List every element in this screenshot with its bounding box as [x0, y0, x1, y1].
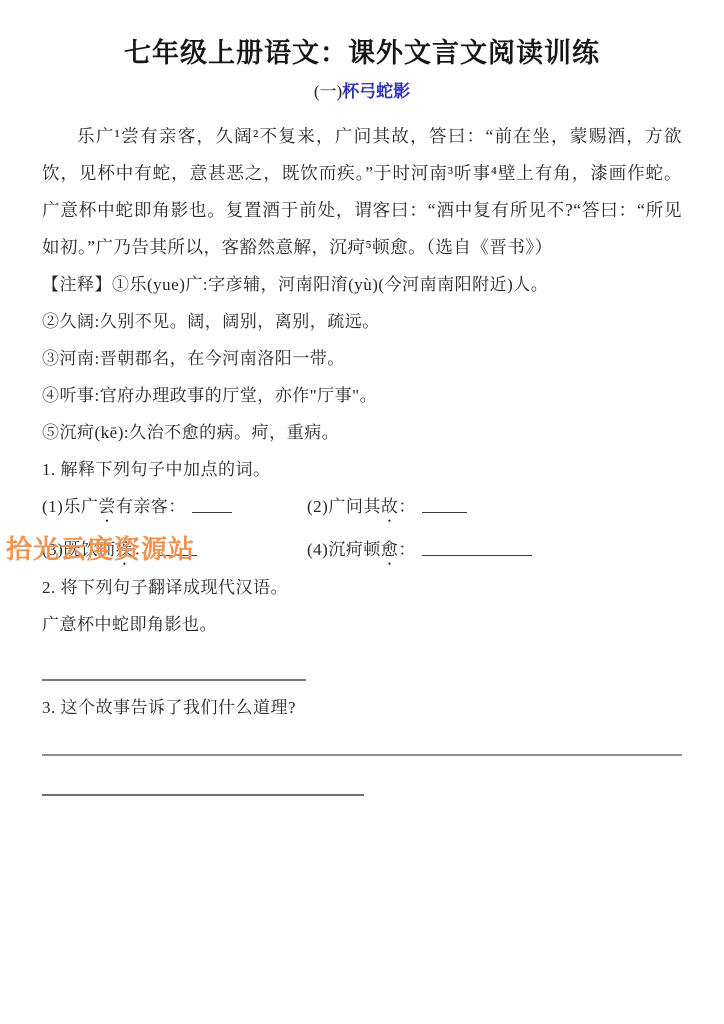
passage-text: 乐广¹尝有亲客，久阔²不复来，广问其故，答曰：“前在坐，蒙赐酒，方欲饮，见杯中有… — [42, 118, 682, 266]
blank-line-2 — [422, 510, 467, 513]
q1-item-2-pre: (2)广问其 — [307, 497, 381, 516]
q1-item-2-dotted-char: 故 — [381, 497, 399, 516]
subtitle-prefix: (一) — [314, 82, 342, 101]
worksheet-page: 七年级上册语文：课外文言文阅读训练 (一)杯弓蛇影 乐广¹尝有亲客，久阔²不复来… — [0, 0, 724, 1024]
q1-item-2: (2)广问其故： — [307, 488, 682, 526]
question-2-sentence: 广意杯中蛇即角影也。 — [42, 606, 682, 643]
q1-item-4-dotted-char: 愈 — [381, 540, 399, 559]
question-2-heading: 2. 将下列句子翻译成现代汉语。 — [42, 569, 682, 606]
subtitle: (一)杯弓蛇影 — [42, 82, 682, 102]
annotation-5: ⑤沉疴(kē):久治不愈的病。疴，重病。 — [42, 414, 682, 451]
q1-item-4-pre: (4)沉疴顿 — [307, 540, 381, 559]
question-1-row-1: (1)乐广尝有亲客： (2)广问其故： — [42, 488, 682, 526]
annotation-2: ②久阔:久别不见。阔，阔别，离别，疏远。 — [42, 303, 682, 340]
q1-item-4: (4)沉疴顿愈： — [307, 531, 682, 569]
question-1-heading: 1. 解释下列句子中加点的词。 — [42, 451, 682, 488]
page-title: 七年级上册语文：课外文言文阅读训练 — [42, 0, 682, 70]
answer-line-q3-1 — [42, 754, 682, 756]
q1-item-2-post: ： — [398, 497, 416, 516]
q1-item-4-post: ： — [398, 540, 416, 559]
annotation-1: 【注释】①乐(yue)广:字彦辅，河南阳淯(yù)(今河南南阳附近)人。 — [42, 266, 682, 303]
annotation-4: ④听事:官府办理政事的厅堂，亦作"厅事"。 — [42, 377, 682, 414]
answer-line-q3-2 — [42, 794, 364, 796]
watermark: 拾光云度资源站 — [6, 529, 195, 566]
blank-line-1 — [192, 510, 232, 513]
q1-item-1-dotted-char: 尝 — [98, 497, 116, 516]
q1-item-1: (1)乐广尝有亲客： — [42, 488, 307, 526]
annotation-3: ③河南:晋朝郡名，在今河南洛阳一带。 — [42, 340, 682, 377]
answer-line-q2 — [42, 679, 306, 681]
q1-item-1-pre: (1)乐广 — [42, 497, 98, 516]
subtitle-name: 杯弓蛇影 — [342, 82, 410, 101]
question-3-heading: 3. 这个故事告诉了我们什么道理? — [42, 689, 682, 726]
q1-item-1-post: 有亲客： — [116, 497, 186, 516]
blank-line-4 — [422, 553, 532, 556]
